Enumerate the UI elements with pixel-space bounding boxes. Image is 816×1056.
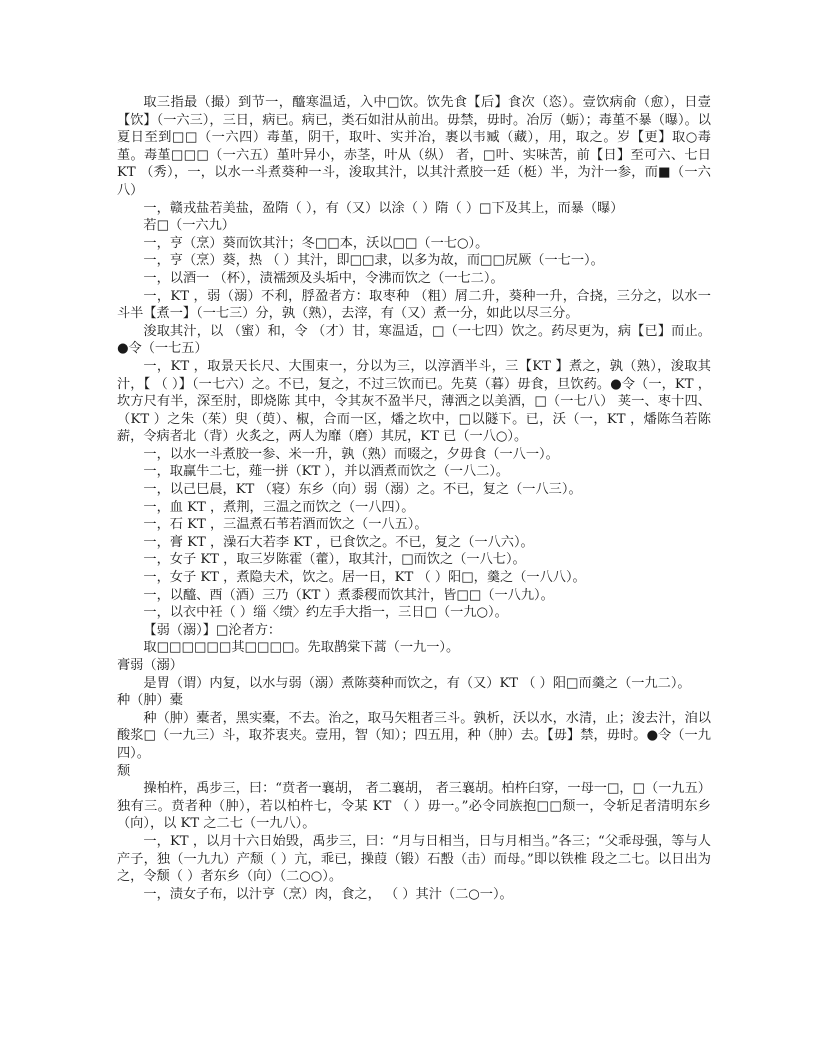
paragraph: 一，取赢牛二七，薤一拼（KT ），并以酒煮而饮之（一八二）。 — [117, 463, 711, 481]
paragraph: 一，女子 KT ，煮隐夫术，饮之。居一日，KT （ ）阳□，羹之（一八八）。 — [117, 569, 711, 587]
paragraph: 一，以酒一 （杯），渍襦颈及头垢中，令沸而饮之（一七二）。 — [117, 270, 711, 288]
paragraph: 一，亨（烹）葵而饮其汁；冬□□本，沃以□□（一七○）。 — [117, 235, 711, 253]
paragraph: 操柏杵，禹步三，曰：“贲者一襄胡， 者二襄胡， 者三襄胡。柏杵臼穿，一母一□，□… — [117, 780, 711, 833]
paragraph: 若□（一六九） — [117, 217, 711, 235]
paragraph: 一，以己巳晨，KT （寝）东乡（向）弱（溺）之。不已，复之（一八三）。 — [117, 481, 711, 499]
paragraph: 一，以水一斗煮胶一参、米一升，孰（熟）而啜之，夕毋食（一八一）。 — [117, 446, 711, 464]
document-page: 取三指最（撮）到节一，醯寒温适，入中□饮。饮先食【后】食次（恣）。壹饮病俞（愈）… — [117, 94, 711, 903]
paragraph: 一，膏 KT ，澡石大若李 KT ，已食饮之。不已，复之（一八六）。 — [117, 534, 711, 552]
paragraph: 一，血 KT ，煮荆，三温之而饮之（一八四）。 — [117, 499, 711, 517]
paragraph: 一，渍女子布，以汁亨（烹）肉，食之， （ ）其汁（二○一）。 — [117, 886, 711, 904]
paragraph: 取□□□□□□其□□□□。先取鹊棠下蒿（一九一）。 — [117, 639, 711, 657]
section-heading: 种（肿）橐 — [117, 692, 711, 710]
section-subheading: 【弱（溺）】□沦者方： — [117, 622, 711, 640]
paragraph: 取三指最（撮）到节一，醯寒温适，入中□饮。饮先食【后】食次（恣）。壹饮病俞（愈）… — [117, 94, 711, 200]
section-heading: 膏弱（溺） — [117, 657, 711, 675]
paragraph: 一，KT ，取景天长尺、大围束一，分以为三，以淳酒半斗，三【KT 】煮之，孰（熟… — [117, 358, 711, 446]
paragraph: 是胃（谓）内复，以水与弱（溺）煮陈葵种而饮之，有（又）KT （ ）阳□而羹之（一… — [117, 675, 711, 693]
paragraph: 一，亨（烹）葵，热 （ ）其汁，即□□隶，以多为故，而□□尻厥（一七一）。 — [117, 252, 711, 270]
paragraph: 一，女子 KT ，取三岁陈霍（藿），取其汁，□而饮之（一八七）。 — [117, 551, 711, 569]
paragraph: 浚取其汁，以 （蜜）和，令 （才）甘，寒温适，□（一七四）饮之。药尽更为，病【已… — [117, 323, 711, 358]
paragraph: 一，石 KT ，三温煮石苇若酒而饮之（一八五）。 — [117, 516, 711, 534]
paragraph: 一，KT ，弱（溺）不利，脬盈者方：取枣种 （粗）屑二升，葵种一升，合挠，三分之… — [117, 288, 711, 323]
paragraph: 一，以衣中衽（ ）缁〈缋〉约左手大指一，三日□（一九○）。 — [117, 604, 711, 622]
paragraph: 一，以醯、酉（酒）三乃（KT ）煮黍稷而饮其汁，皆□□（一八九）。 — [117, 587, 711, 605]
paragraph: 一，KT ，以月十六日始毁，禹步三，曰：“月与日相当，日与月相当。”各三；“父乖… — [117, 833, 711, 886]
paragraph: 一，赣戎盐若美盐，盈隋（ ），有（又）以涂（ ）隋（ ）□下及其上，而暴（曝） — [117, 200, 711, 218]
section-heading: 颓 — [117, 763, 711, 781]
paragraph: 种（肿）橐者，黑实橐，不去。治之，取马矢粗者三斗。孰析，沃以水，水清，止；浚去汁… — [117, 710, 711, 763]
